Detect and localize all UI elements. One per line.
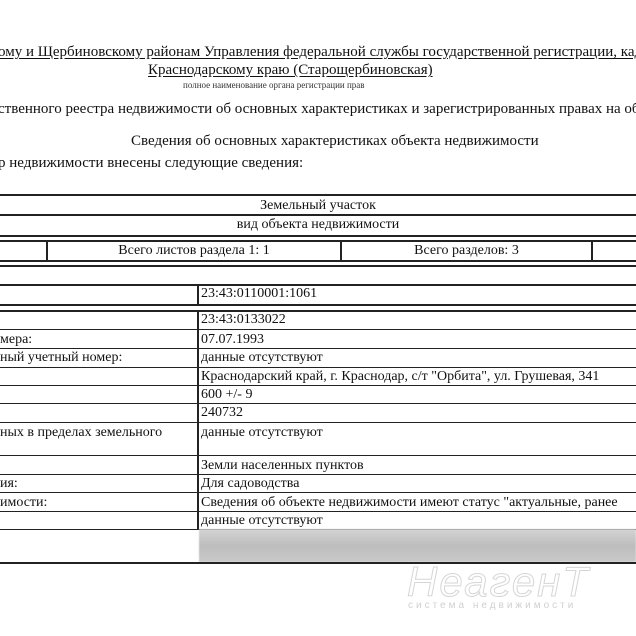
table-border — [0, 265, 636, 267]
table-border — [0, 348, 636, 349]
table-border — [0, 385, 636, 386]
object-type: Земельный участок — [0, 198, 636, 214]
special-notes: данные отсутствуют — [201, 513, 636, 529]
previous-number: данные отсутствуют — [201, 350, 636, 366]
cadastral-value: 240732 — [201, 405, 636, 421]
table-border — [0, 474, 636, 475]
table-border — [0, 492, 636, 493]
table-border — [197, 310, 199, 530]
watermark-logo: НеагенТ — [407, 560, 590, 604]
row-label-objects-within: ных в пределах земельного — [0, 425, 194, 441]
sheets-total: Всего листов раздела 1: 1 — [48, 243, 340, 259]
row-label-permitted-use: ия: — [0, 476, 194, 492]
watermark-tagline: система недвижимости — [408, 600, 576, 612]
registration-authority-line2: Краснодарскому краю (Старощербиновская) — [148, 62, 433, 79]
table-border — [591, 240, 593, 260]
permitted-use: Для садоводства — [201, 476, 636, 492]
table-border — [0, 240, 636, 242]
table-border — [0, 235, 636, 237]
land-category: Земли населенных пунктов — [201, 458, 636, 474]
assignment-date: 07.07.1993 — [201, 332, 636, 348]
cadastral-quarter: 23:43:0133022 — [201, 312, 636, 328]
address: Краснодарский край, г. Краснодар, с/т "О… — [201, 369, 636, 385]
table-border — [197, 284, 199, 304]
table-border — [0, 329, 636, 330]
table-border — [0, 367, 636, 368]
table-border — [0, 455, 636, 456]
table-border — [0, 194, 636, 196]
object-type-caption: вид объекта недвижимости — [0, 217, 636, 233]
extract-title: ственного реестра недвижимости об основн… — [0, 101, 636, 118]
table-border — [0, 260, 636, 262]
table-border — [0, 511, 636, 512]
sections-total: Всего разделов: 3 — [342, 243, 591, 259]
area: 600 +/- 9 — [201, 387, 636, 403]
table-border — [0, 422, 636, 423]
registration-authority-line1: ому и Щербиновскому районам Управления ф… — [0, 44, 636, 61]
objects-within: данные отсутствуют — [201, 425, 636, 441]
row-label-assignment-date: мера: — [0, 332, 194, 348]
record-status: Сведения об объекте недвижимости имеют с… — [201, 495, 636, 511]
cadastral-number: 23:43:0110001:1061 — [201, 286, 636, 302]
row-label-previous-number: ный учетный номер: — [0, 350, 194, 366]
registration-authority-caption: полное наименование органа регистрации п… — [183, 80, 365, 90]
table-border — [0, 214, 636, 216]
row-label-status: имости: — [0, 495, 194, 511]
section-title: Сведения об основных характеристиках объ… — [131, 133, 539, 150]
table-border — [0, 403, 636, 404]
intro-text: р недвижимости внесены следующие сведени… — [0, 155, 303, 172]
table-border — [0, 304, 636, 306]
